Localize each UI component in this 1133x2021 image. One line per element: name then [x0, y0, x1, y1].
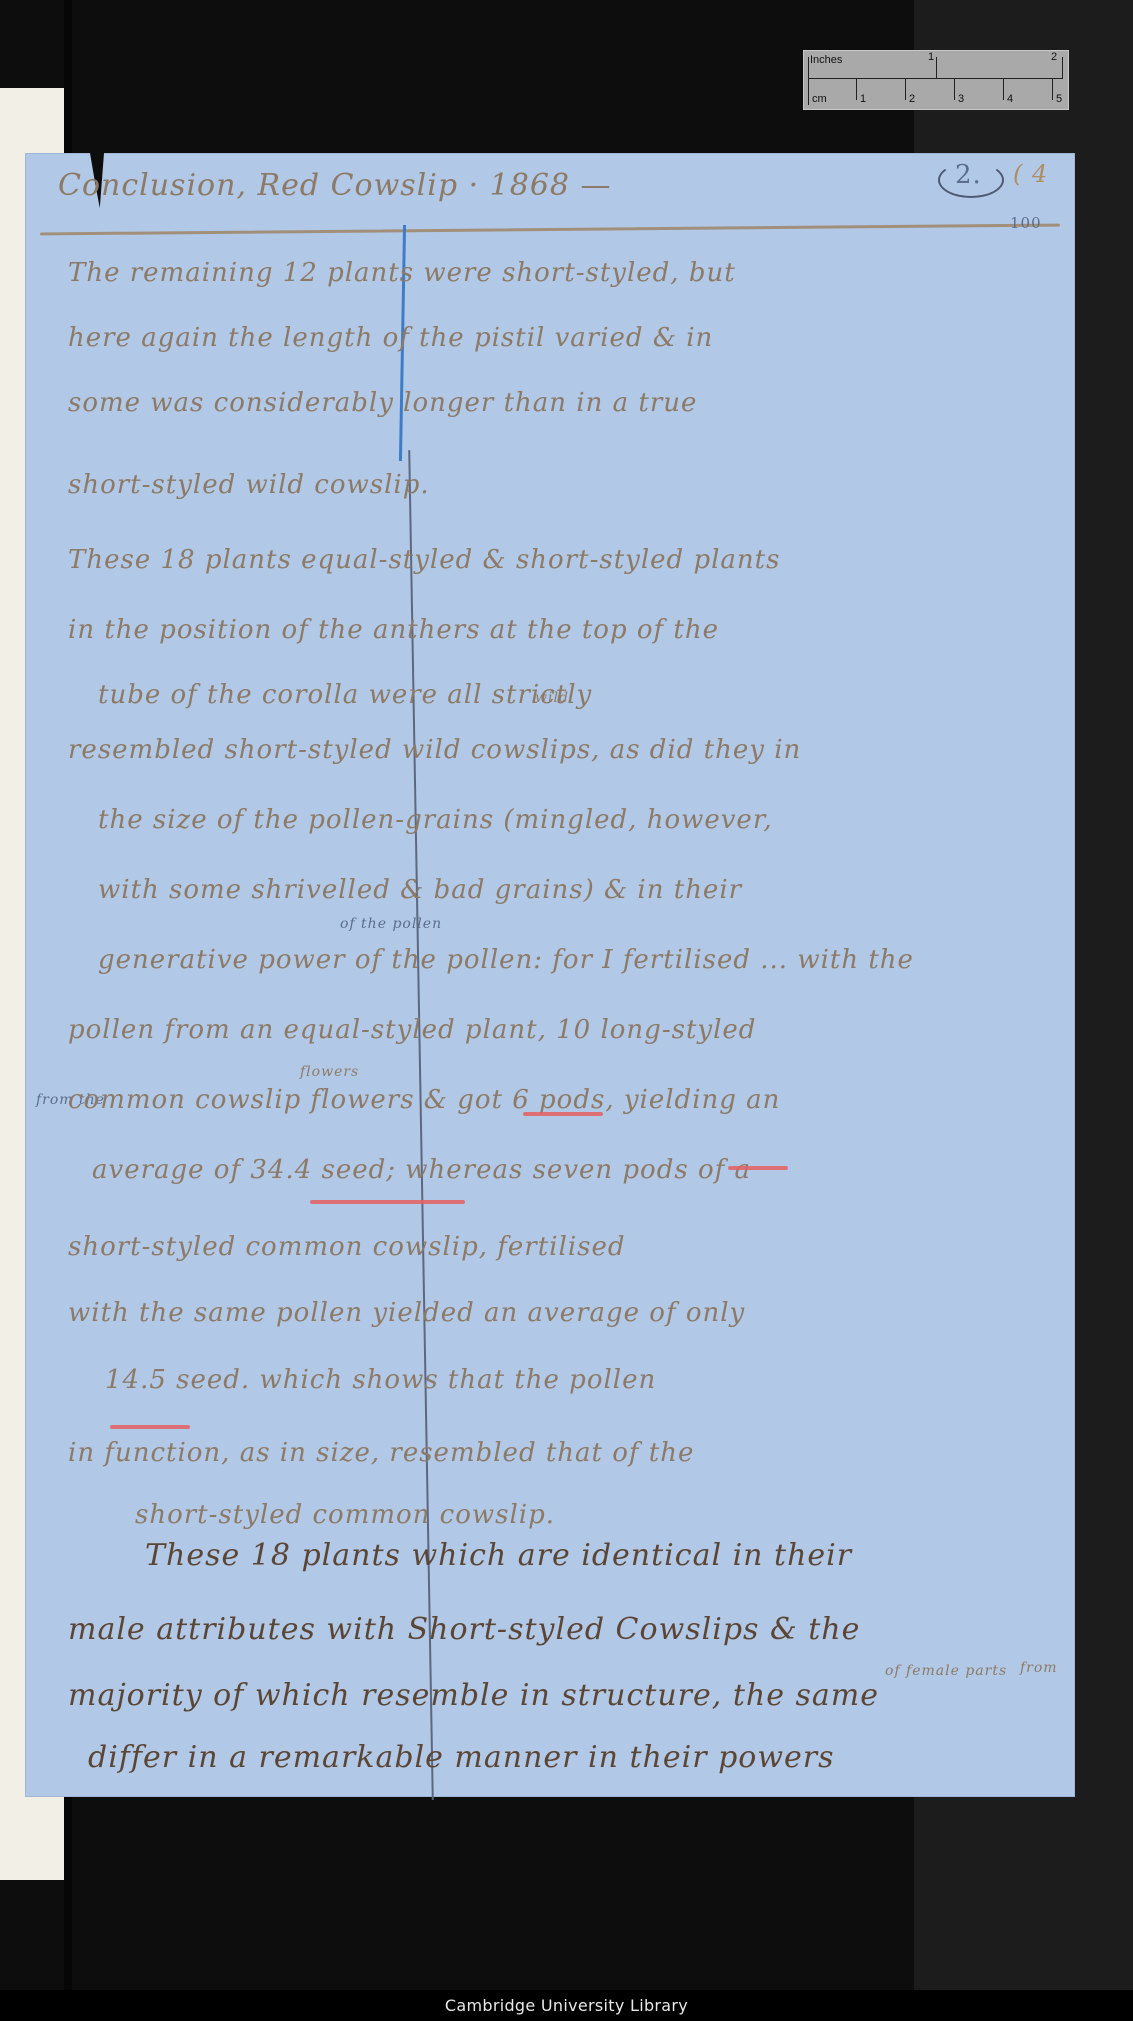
ruler-inch-mark: 1: [928, 51, 934, 63]
ruler-tick: [1003, 78, 1004, 100]
manuscript-line: in function, as in size, resembled that …: [68, 1438, 694, 1468]
manuscript-line: These 18 plants which are identical in t…: [145, 1538, 852, 1573]
manuscript-line: average of 34.4 seed; whereas seven pods…: [92, 1155, 751, 1185]
manuscript-line: short-styled common cowslip.: [135, 1500, 555, 1530]
manuscript-line: short-styled common cowslip, fertilised: [68, 1232, 626, 1262]
ruler-inch-mark: 2: [1051, 51, 1057, 63]
interlinear-note: of female parts: [885, 1663, 1007, 1679]
corner-mark: ( 4: [1013, 160, 1048, 188]
manuscript-line: short-styled wild cowslip.: [68, 470, 430, 500]
manuscript-line: here again the length of the pistil vari…: [68, 323, 713, 353]
interlinear-note: of the pollen: [340, 916, 442, 932]
folio-number: 100: [1010, 214, 1042, 232]
manuscript-line: resembled short-styled wild cowslips, as…: [68, 735, 801, 765]
page-heading: Conclusion, Red Cowslip · 1868 —: [58, 168, 612, 203]
margin-note: from: [1020, 1660, 1058, 1676]
manuscript-line: differ in a remarkable manner in their p…: [88, 1740, 835, 1775]
ruler-cm-mark: 2: [909, 93, 915, 105]
page-number: 2.: [955, 160, 982, 190]
ruler-tick: [954, 78, 955, 100]
ruler-tick: [905, 78, 906, 100]
interlinear-note: flowers: [300, 1064, 359, 1080]
ruler-centre-line: [808, 78, 1062, 79]
manuscript-line: some was considerably longer than in a t…: [68, 388, 697, 418]
ruler-tick: [1052, 78, 1053, 100]
manuscript-line: with the same pollen yielded an average …: [68, 1298, 745, 1328]
ruler-tick: [808, 57, 809, 105]
manuscript-viewer: Inches 1 2 cm 1 2 3 4 5 Conclusion, Red …: [0, 0, 1133, 2021]
manuscript-line: These 18 plants equal-styled & short-sty…: [68, 545, 780, 575]
red-underline: [728, 1166, 788, 1170]
ruler-cm-mark: 3: [958, 93, 964, 105]
interlinear-note: wild: [535, 690, 569, 706]
manuscript-line: pollen from an equal-styled plant, 10 lo…: [68, 1015, 756, 1045]
manuscript-line: majority of which resemble in structure,…: [68, 1678, 879, 1713]
ruler-inches-label: Inches: [810, 54, 842, 66]
red-underline: [310, 1200, 465, 1204]
manuscript-line: common cowslip flowers & got 6 pods, yie…: [68, 1085, 780, 1115]
manuscript-line: tube of the corolla were all strictly: [98, 680, 592, 710]
red-underline: [523, 1112, 603, 1116]
library-credit: Cambridge University Library: [445, 1996, 688, 2015]
ruler-cm-mark: 1: [860, 93, 866, 105]
ruler-tick: [856, 78, 857, 100]
ruler-cm-label: cm: [812, 93, 827, 105]
footer-bar: Cambridge University Library: [0, 1990, 1133, 2021]
ruler-tick: [1062, 57, 1063, 79]
manuscript-line: the size of the pollen-grains (mingled, …: [98, 805, 773, 835]
ruler-tick: [936, 57, 937, 79]
manuscript-line: in the position of the anthers at the to…: [68, 615, 719, 645]
scale-ruler: Inches 1 2 cm 1 2 3 4 5: [803, 50, 1069, 110]
ruler-cm-mark: 5: [1056, 93, 1062, 105]
red-underline: [110, 1425, 190, 1429]
manuscript-line: with some shrivelled & bad grains) & in …: [98, 875, 742, 905]
manuscript-line: generative power of the pollen: for I fe…: [98, 945, 914, 975]
manuscript-line: 14.5 seed. which shows that the pollen: [105, 1365, 656, 1395]
ruler-cm-mark: 4: [1007, 93, 1013, 105]
manuscript-line: The remaining 12 plants were short-style…: [68, 258, 736, 288]
manuscript-line: male attributes with Short-styled Cowsli…: [68, 1612, 860, 1647]
